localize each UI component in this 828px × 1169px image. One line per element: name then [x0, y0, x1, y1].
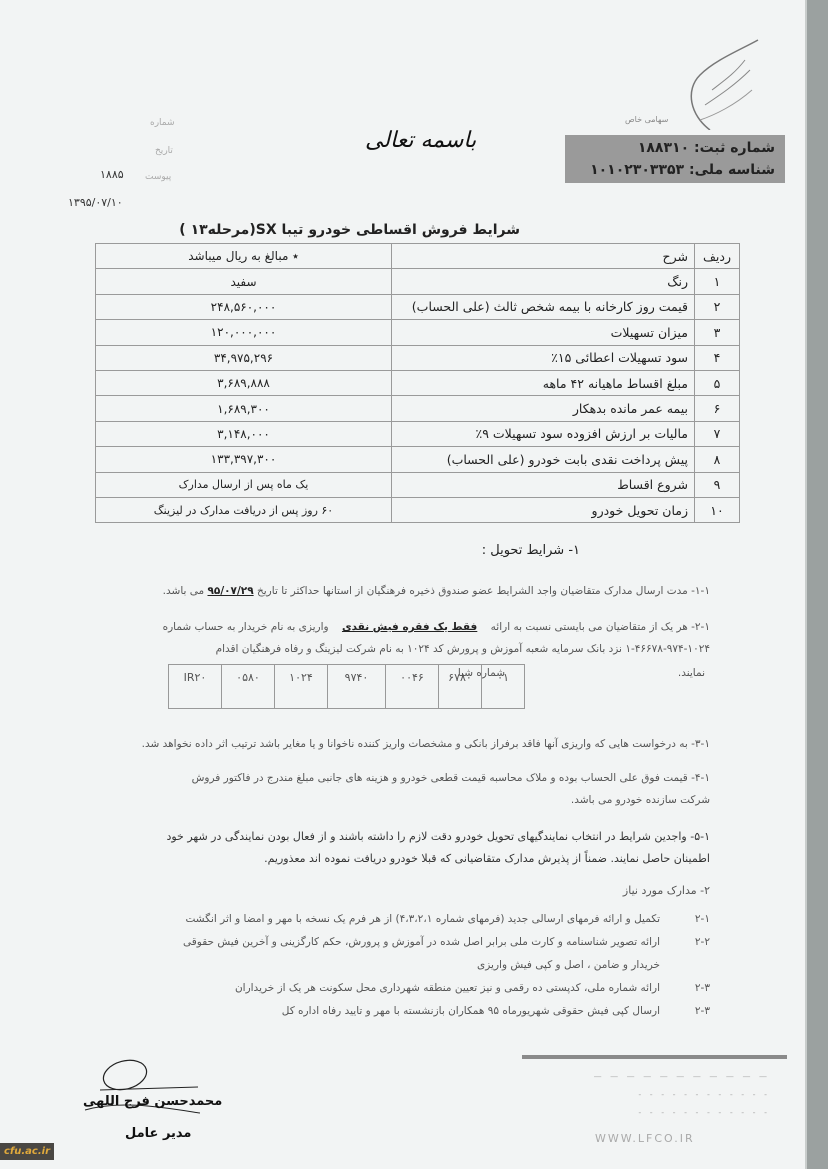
- p2-account-line: ۱-۴۶۶۷۸-۹۷۴-۱۰۲۴ نزد بانک سرمایه شعبه آم…: [0, 638, 710, 660]
- p1-suffix: می باشد.: [163, 585, 204, 597]
- row-val: سفید: [96, 269, 392, 294]
- row-desc: پیش پرداخت نقدی بابت خودرو (علی الحساب): [392, 447, 695, 472]
- row-idx: ۳: [695, 320, 740, 345]
- documents-heading: ۲- مدارک مورد نیاز: [623, 880, 710, 902]
- table-row: ۴سود تسهیلات اعطائی ۱۵٪۳۴,۹۷۵,۲۹۶: [96, 345, 740, 370]
- sheba-part: IR۲۰: [169, 665, 222, 709]
- table-row: ۱۰زمان تحویل خودرو۶۰ روز پس از دریافت مد…: [96, 497, 740, 522]
- sheba-part: ۰۱: [482, 665, 525, 709]
- row-desc: مالیات بر ارزش افزوده سود تسهیلات ۹٪: [392, 421, 695, 446]
- document-page: سهامی خاص شماره ثبت: ۱۸۸۳۱۰ شناسه ملی: ۱…: [0, 0, 805, 1169]
- delivery-paragraph-3: ۳-۱- به درخواست هایی که واریزی آنها فاقد…: [30, 733, 710, 755]
- row-idx: ۶: [695, 396, 740, 421]
- signatory-name: محمدحسن فرج اللهی: [83, 1094, 222, 1109]
- row-val: ۶۰ روز پس از دریافت مدارک در لیزینگ: [96, 497, 392, 522]
- p5-line-1: ۵-۱- واجدین شرایط در انتخاب نمایندگیهای …: [0, 826, 710, 848]
- watermark-badge: cfu.ac.ir: [0, 1143, 54, 1160]
- row-val: ۱۲۰,۰۰۰,۰۰۰: [96, 320, 392, 345]
- delivery-paragraph-5: ۵-۱- واجدین شرایط در انتخاب نمایندگیهای …: [0, 826, 710, 870]
- row-idx: ۹: [695, 472, 740, 497]
- header-desc: شرح: [392, 244, 695, 269]
- row-desc: بیمه عمر مانده بدهکار: [392, 396, 695, 421]
- row-desc: سود تسهیلات اعطائی ۱۵٪: [392, 345, 695, 370]
- terms-table: ردیف شرح ٭ مبالغ به ریال میباشد ۱رنگسفید…: [95, 243, 740, 523]
- header-val: ٭ مبالغ به ریال میباشد: [96, 244, 392, 269]
- sheba-part: ۰۰۴۶: [386, 665, 439, 709]
- row-val: ۲۴۸,۵۶۰,۰۰۰: [96, 294, 392, 319]
- row-idx: ۲: [695, 294, 740, 319]
- table-row: ۶بیمه عمر مانده بدهکار۱,۶۸۹,۳۰۰: [96, 396, 740, 421]
- logo-subtext: سهامی خاص: [625, 115, 668, 124]
- row-idx: ۷: [695, 421, 740, 446]
- list-item: ۲-۲ارائه تصویر شناسنامه و کارت ملی برابر…: [0, 931, 710, 954]
- table-row: ۳میزان تسهیلات۱۲۰,۰۰۰,۰۰۰: [96, 320, 740, 345]
- table-row: ۲قیمت روز کارخانه با بیمه شخص ثالث (علی …: [96, 294, 740, 319]
- p4-line-1: ۴-۱- قیمت فوق علی الحساب بوده و ملاک محا…: [0, 767, 710, 789]
- list-item: ۲-۳ارائه شماره ملی، کدپستی ده رقمی و نیز…: [0, 977, 710, 1000]
- documents-list: ۲-۱تکمیل و ارائه فرمهای ارسالی جدید (فرم…: [0, 908, 710, 1023]
- signatory-role: مدیر عامل: [125, 1126, 191, 1141]
- row-val: ۳,۶۸۹,۸۸۸: [96, 370, 392, 395]
- delivery-paragraph-1: ۱-۱- مدت ارسال مدارک متقاضیان واجد الشرا…: [70, 580, 710, 602]
- footer-divider: [522, 1055, 787, 1059]
- registration-box: شماره ثبت: ۱۸۸۳۱۰ شناسه ملی: ۱۰۱۰۲۳۰۳۳۵۳: [565, 135, 785, 183]
- row-desc: میزان تسهیلات: [392, 320, 695, 345]
- row-idx: ۵: [695, 370, 740, 395]
- sheba-part: ۰۵۸۰: [222, 665, 275, 709]
- row-desc: قیمت روز کارخانه با بیمه شخص ثالث (علی ا…: [392, 294, 695, 319]
- row-desc: مبلغ اقساط ماهیانه ۴۲ ماهه: [392, 370, 695, 395]
- attachment-label: پیوست: [145, 172, 171, 182]
- p2-prefix: ۲-۱- هر یک از متقاضیان می بایستی نسبت به…: [491, 621, 710, 633]
- table-row: ۸پیش پرداخت نقدی بابت خودرو (علی الحساب)…: [96, 447, 740, 472]
- sheba-table: IR۲۰ ۰۵۸۰ ۱۰۲۴ ۹۷۴۰ ۰۰۴۶ ۶۷۸۰ ۰۱: [168, 664, 525, 709]
- footer-website: WWW.LFCO.IR: [595, 1132, 695, 1145]
- table-row: ۱رنگسفید: [96, 269, 740, 294]
- sheba-part: ۶۷۸۰: [439, 665, 482, 709]
- list-item: ۲-۳ارسال کپی فیش حقوقی شهریورماه ۹۵ همکا…: [0, 1000, 710, 1023]
- row-val: ۱۳۳,۳۹۷,۳۰۰: [96, 447, 392, 472]
- table-row: ۹شروع اقساطیک ماه پس از ارسال مدارک: [96, 472, 740, 497]
- row-idx: ۸: [695, 447, 740, 472]
- date-label: تاریخ: [155, 146, 173, 156]
- row-desc: رنگ: [392, 269, 695, 294]
- p2-emphasis: فقط یک فقره فیش نقدی: [342, 621, 477, 633]
- delivery-paragraph-2: ۲-۱- هر یک از متقاضیان می بایستی نسبت به…: [0, 616, 710, 660]
- delivery-heading: ۱- شرایط تحویل :: [482, 543, 580, 558]
- p2-suffix: واریزی به نام خریدار به حساب شماره: [163, 621, 329, 633]
- national-id: ۱۰۱۰۲۳۰۳۳۵۳: [590, 162, 684, 178]
- delivery-paragraph-4: ۴-۱- قیمت فوق علی الحساب بوده و ملاک محا…: [0, 767, 710, 811]
- registration-number: ۱۸۸۳۱۰: [638, 140, 689, 156]
- row-desc: شروع اقساط: [392, 472, 695, 497]
- national-id-label: شناسه ملی:: [689, 162, 775, 178]
- number-label: شماره: [150, 118, 175, 128]
- registration-label: شماره ثبت:: [694, 140, 775, 156]
- p1-prefix: ۱-۱- مدت ارسال مدارک متقاضیان واجد الشرا…: [257, 585, 710, 597]
- sheba-part: ۱۰۲۴: [275, 665, 328, 709]
- p5-line-2: اطمینان حاصل نمایند. ضمناً از پذیرش مدار…: [0, 848, 710, 870]
- scan-edge: [805, 0, 828, 1169]
- table-row: ۷مالیات بر ارزش افزوده سود تسهیلات ۹٪۳,۱…: [96, 421, 740, 446]
- p2-end: نمایند.: [678, 662, 705, 684]
- header-idx: ردیف: [695, 244, 740, 269]
- row-val: یک ماه پس از ارسال مدارک: [96, 472, 392, 497]
- row-idx: ۱۰: [695, 497, 740, 522]
- list-item-continued: خریدار و ضامن ، اصل و کپی فیش واریزی: [0, 954, 710, 977]
- table-row: ۵مبلغ اقساط ماهیانه ۴۲ ماهه۳,۶۸۹,۸۸۸: [96, 370, 740, 395]
- letter-date: ۱۳۹۵/۰۷/۱۰: [68, 196, 123, 209]
- table-header-row: ردیف شرح ٭ مبالغ به ریال میباشد: [96, 244, 740, 269]
- basmala: باسمه تعالی: [365, 128, 476, 153]
- deadline-date: ۹۵/۰۷/۲۹: [208, 585, 254, 597]
- row-idx: ۴: [695, 345, 740, 370]
- p4-line-2: شرکت سازنده خودرو می باشد.: [0, 789, 710, 811]
- footer-address: — — — — — — — — — — — - - - - - - - - - …: [540, 1068, 770, 1122]
- list-item: ۲-۱تکمیل و ارائه فرمهای ارسالی جدید (فرم…: [0, 908, 710, 931]
- row-idx: ۱: [695, 269, 740, 294]
- document-title: شرایط فروش اقساطی خودرو تیبا SX(مرحله۱۳ …: [179, 222, 520, 238]
- row-desc: زمان تحویل خودرو: [392, 497, 695, 522]
- row-val: ۱,۶۸۹,۳۰۰: [96, 396, 392, 421]
- sheba-part: ۹۷۴۰: [328, 665, 386, 709]
- row-val: ۳,۱۴۸,۰۰۰: [96, 421, 392, 446]
- row-val: ۳۴,۹۷۵,۲۹۶: [96, 345, 392, 370]
- letter-number: ۱۸۸۵: [100, 168, 124, 181]
